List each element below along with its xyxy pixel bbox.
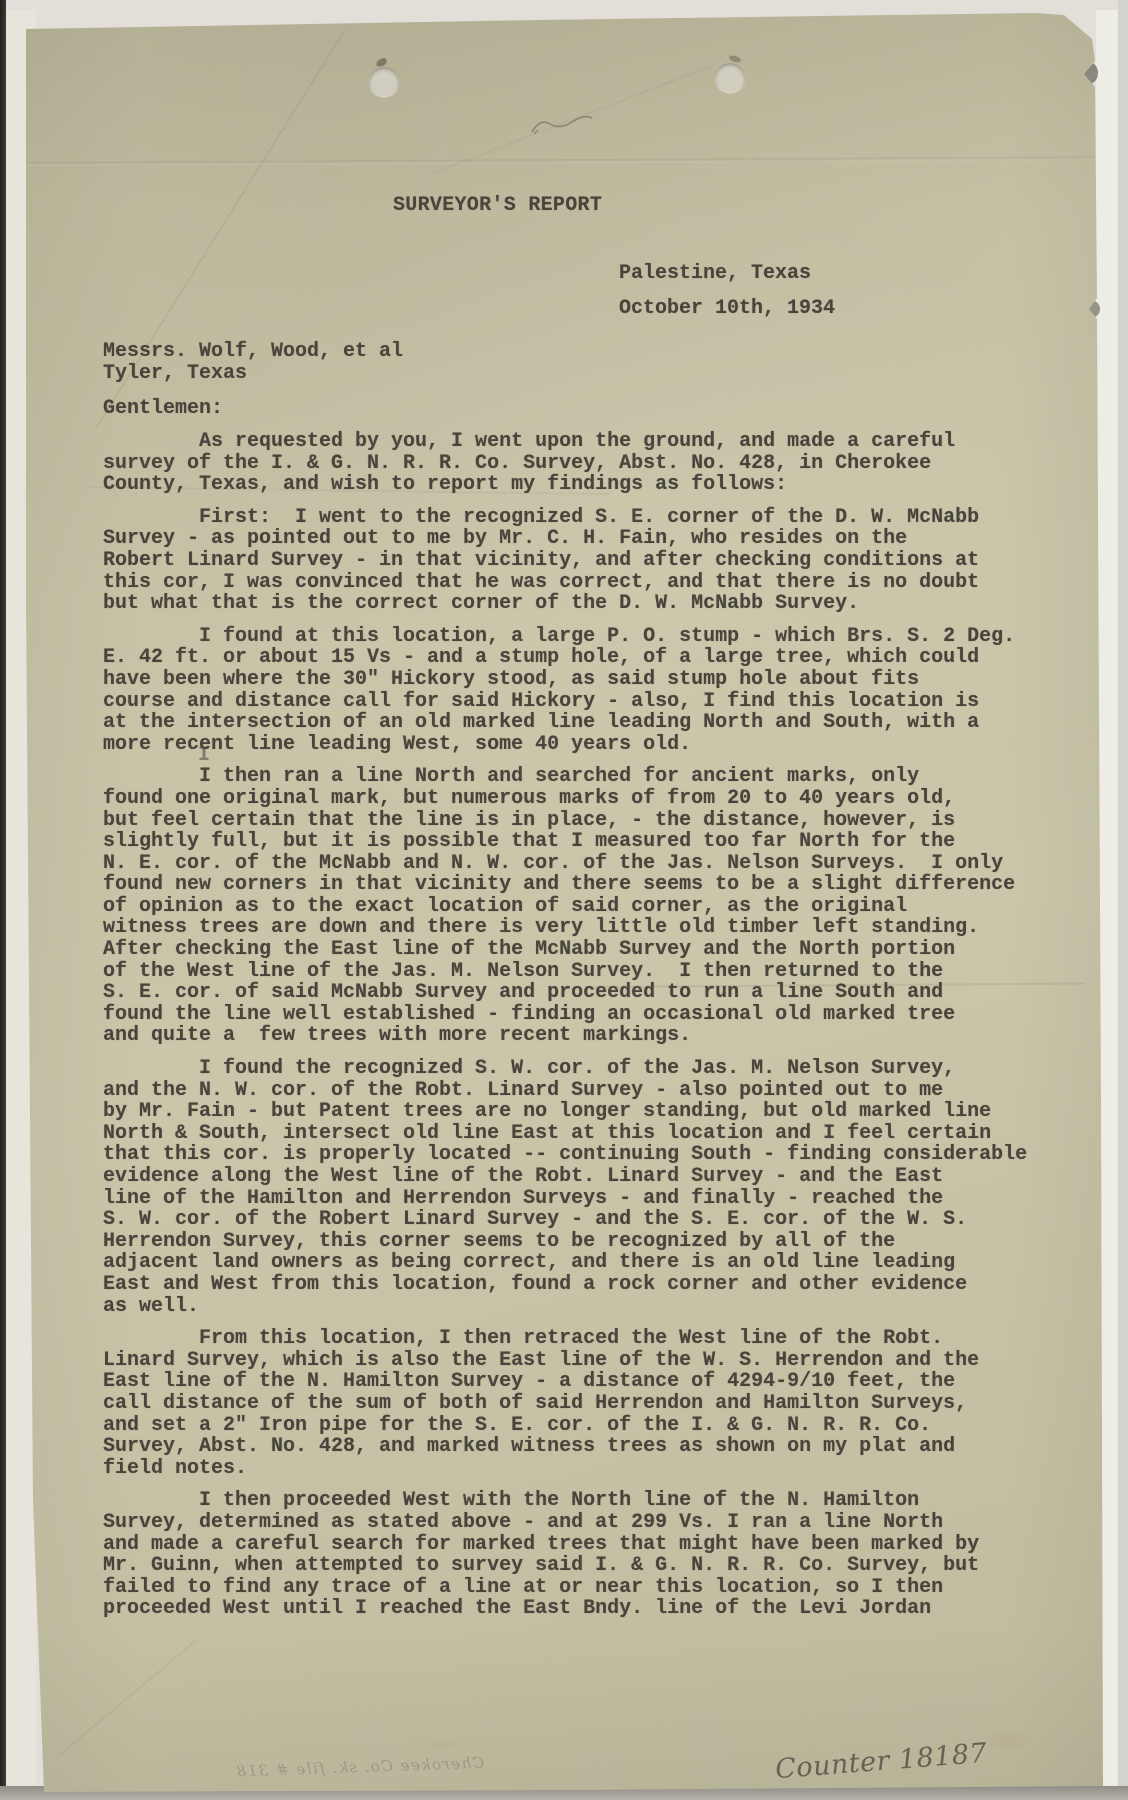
paragraph-proceed-west: I then proceeded West with the North lin… [103,1490,1073,1620]
punch-hole-right [715,63,745,93]
paper-stain [985,1730,1031,1752]
punch-hole-left [369,67,399,97]
paragraph-line-north: I then ran a line North and searched for… [103,766,1073,1047]
scanner-edge-top [0,0,1128,12]
paragraph-stump-location: I found at this location, a large P. O. … [103,626,1073,756]
scanner-edge-right [1118,0,1128,1800]
recipient-line-2: Tyler, Texas [103,363,247,385]
paragraph-retrace-west-line: From this location, I then retraced the … [103,1328,1073,1479]
paper-stain-small [428,1738,458,1752]
document-page: SURVEYOR'S REPORT Palestine, Texas Octob… [0,0,1128,1800]
paragraph-intro: As requested by you, I went upon the gro… [103,431,1073,496]
dateline-place: Palestine, Texas [619,263,811,285]
document-title: SURVEYOR'S REPORT [393,195,602,217]
letter-body: As requested by you, I went upon the gro… [103,431,1073,1631]
paragraph-first-corner: First: I went to the recognized S. E. co… [103,507,1073,615]
paragraph-nelson-corner: I found the recognized S. W. cor. of the… [103,1058,1073,1317]
dateline-date: October 10th, 1934 [619,298,835,320]
scanner-edge-left [0,0,6,1800]
scanned-letter-screenshot: { "document": { "title": "SURVEYOR'S REP… [0,0,1128,1800]
pencil-mark [528,112,598,138]
salutation: Gentlemen: [103,398,223,420]
recipient-line-1: Messrs. Wolf, Wood, et al [103,341,403,363]
